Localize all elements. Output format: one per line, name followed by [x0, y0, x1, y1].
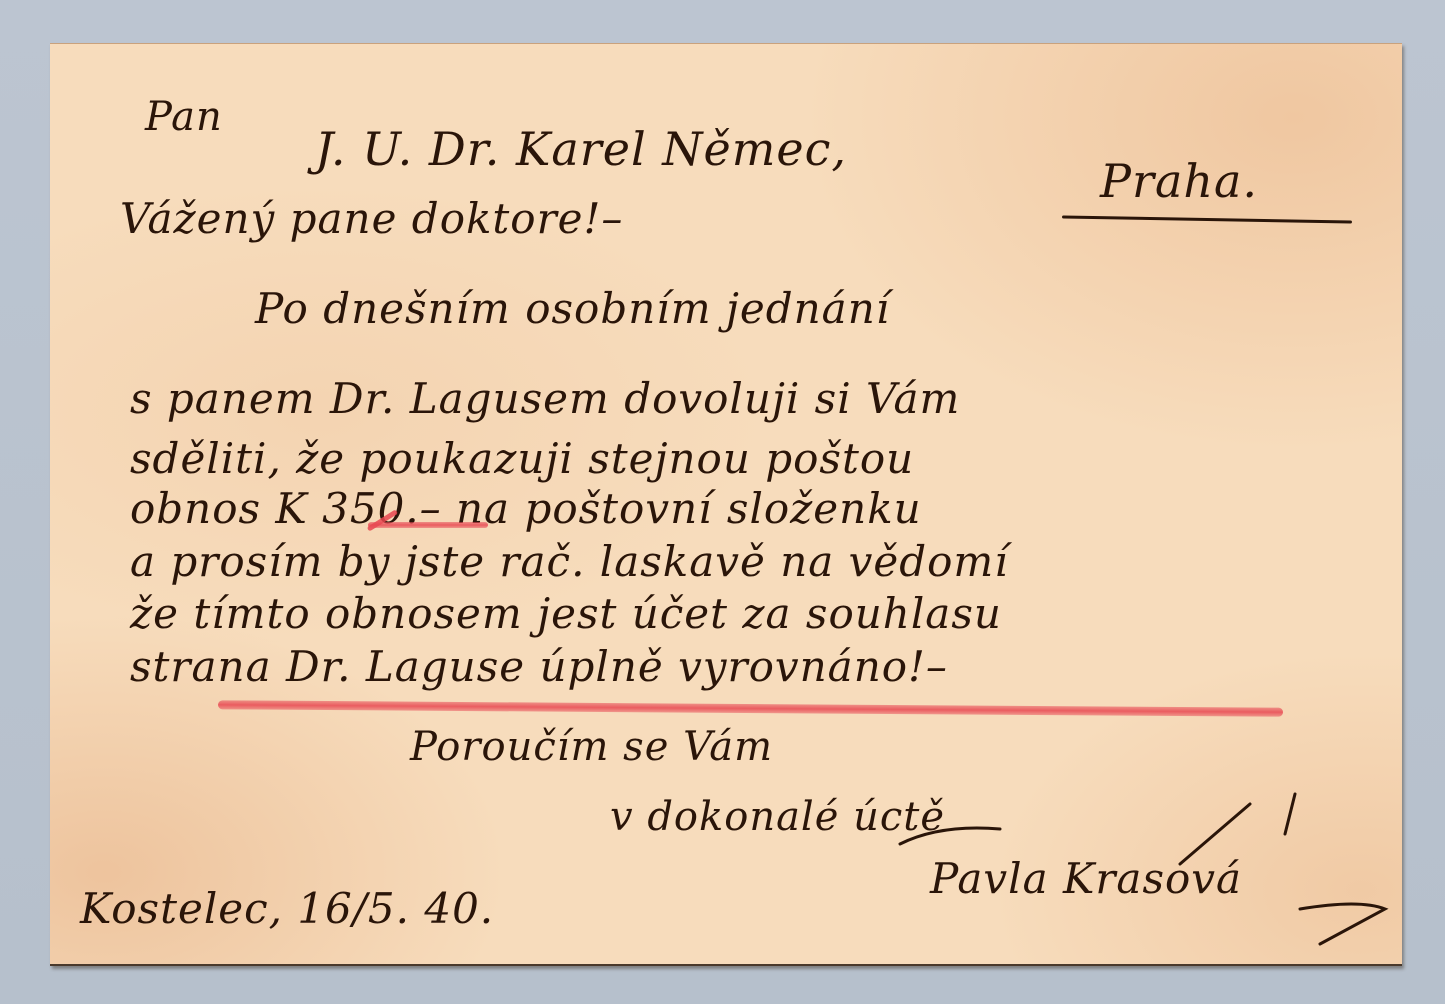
body-line: strana Dr. Laguse úplně vyrovnáno!–	[130, 642, 948, 691]
body-line: s panem Dr. Lagusem dovoluji si Vám	[130, 374, 960, 423]
greeting: Vážený pane doktore!–	[120, 194, 623, 243]
red-pencil-underline	[368, 522, 488, 528]
body-line: Po dnešním osobním jednání	[255, 284, 890, 333]
closing-line-1: Poroučím se Vám	[410, 724, 773, 770]
body-line: že tímto obnosem jest účet za souhlasu	[130, 589, 1002, 638]
red-pencil-divider	[218, 700, 1283, 716]
postcard: Pan J. U. Dr. Karel Němec, Praha. Vážený…	[50, 43, 1402, 966]
place-date: Kostelec, 16/5. 40.	[80, 884, 494, 933]
body-line: a prosím by jste rač. laskavě na vědomí	[130, 537, 1009, 586]
address-recipient: J. U. Dr. Karel Němec,	[315, 122, 847, 176]
signature-flourish-icon	[880, 784, 1400, 954]
city-underline	[1062, 215, 1352, 223]
scanned-image: Pan J. U. Dr. Karel Němec, Praha. Vážený…	[0, 0, 1445, 1004]
body-line: sděliti, že poukazuji stejnou poštou	[130, 434, 914, 483]
address-city: Praha.	[1100, 154, 1258, 208]
address-prefix: Pan	[145, 94, 223, 140]
body-line: obnos K 350.– na poštovní složenku	[130, 484, 922, 533]
